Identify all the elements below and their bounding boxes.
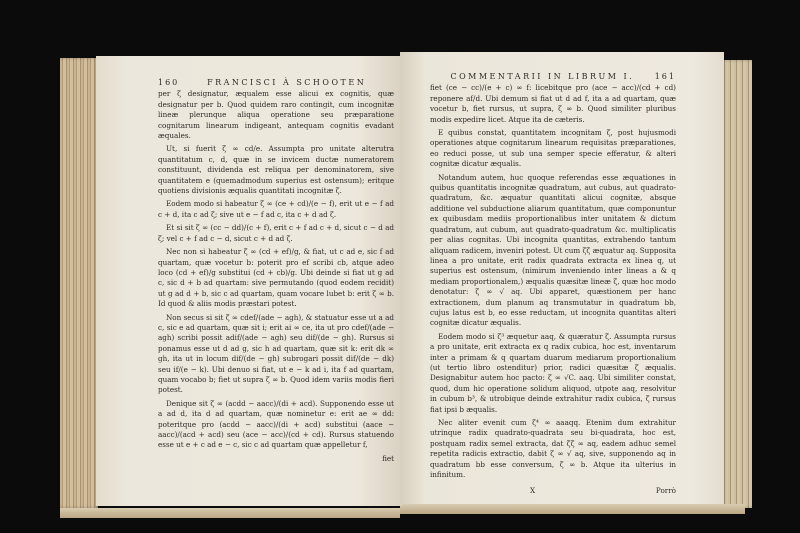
paragraph: Nec aliter evenit cum ζ⁴ ∞ aaaqq. Etenim… [430,418,676,480]
right-page: COMMENTARII IN LIBRUM I. 161 fiet (ce − … [400,52,724,504]
right-page-edges [722,60,752,508]
right-running-head: COMMENTARII IN LIBRUM I. 161 [430,72,676,82]
left-page: 160 FRANCISCI À SCHOOTEN per ζ designatu… [96,56,402,506]
paragraph: E quibus constat, quantitatem incognitam… [430,128,676,170]
paragraph: Denique sit ζ ∞ (acdd − aacc)/(di + acd)… [158,399,394,451]
paragraph: Et si sit ζ ∞ (cc − dd)/(c + f), erit c … [158,223,394,244]
left-bottom-edge [60,508,400,518]
right-bottom-edge [400,504,745,514]
page-number: 160 [158,78,179,88]
catchword: fiet [158,454,394,464]
paragraph: Ut, si fuerit ζ ∞ cd/e. Assumpta pro uni… [158,144,394,196]
signature-mark: X [530,486,535,496]
paragraph: Non secus si sit ζ ∞ cdef/(ade − agh), &… [158,313,394,396]
left-running-head: 160 FRANCISCI À SCHOOTEN [158,78,394,88]
page-number: 161 [655,72,676,82]
paragraph: Notandum autem, huc quoque referendas es… [430,173,676,329]
left-page-edges [60,58,98,508]
left-page-text: 160 FRANCISCI À SCHOOTEN per ζ designatu… [158,78,394,464]
page-footer: X Porrò [430,486,676,496]
paragraph: fiet (ce − cc)/(e + c) ∞ f: licebitque p… [430,83,676,125]
paragraph: per ζ designatur, æqualem esse alicui ex… [158,89,394,141]
paragraph: Eodem modo si habeatur ζ ∞ (ce + cd)/(e … [158,199,394,220]
paragraph: Eodem modo si ζ³ æquetur aaq, & quæratur… [430,332,676,415]
catchword: Porrò [656,486,676,496]
paragraph: Nec non si habeatur ζ ∞ (cd + ef)/g, & f… [158,247,394,309]
right-page-text: COMMENTARII IN LIBRUM I. 161 fiet (ce − … [430,72,676,497]
open-book: 160 FRANCISCI À SCHOOTEN per ζ designatu… [60,52,745,512]
running-head-title: COMMENTARII IN LIBRUM I. [450,72,634,82]
running-head-title: FRANCISCI À SCHOOTEN [207,78,366,88]
